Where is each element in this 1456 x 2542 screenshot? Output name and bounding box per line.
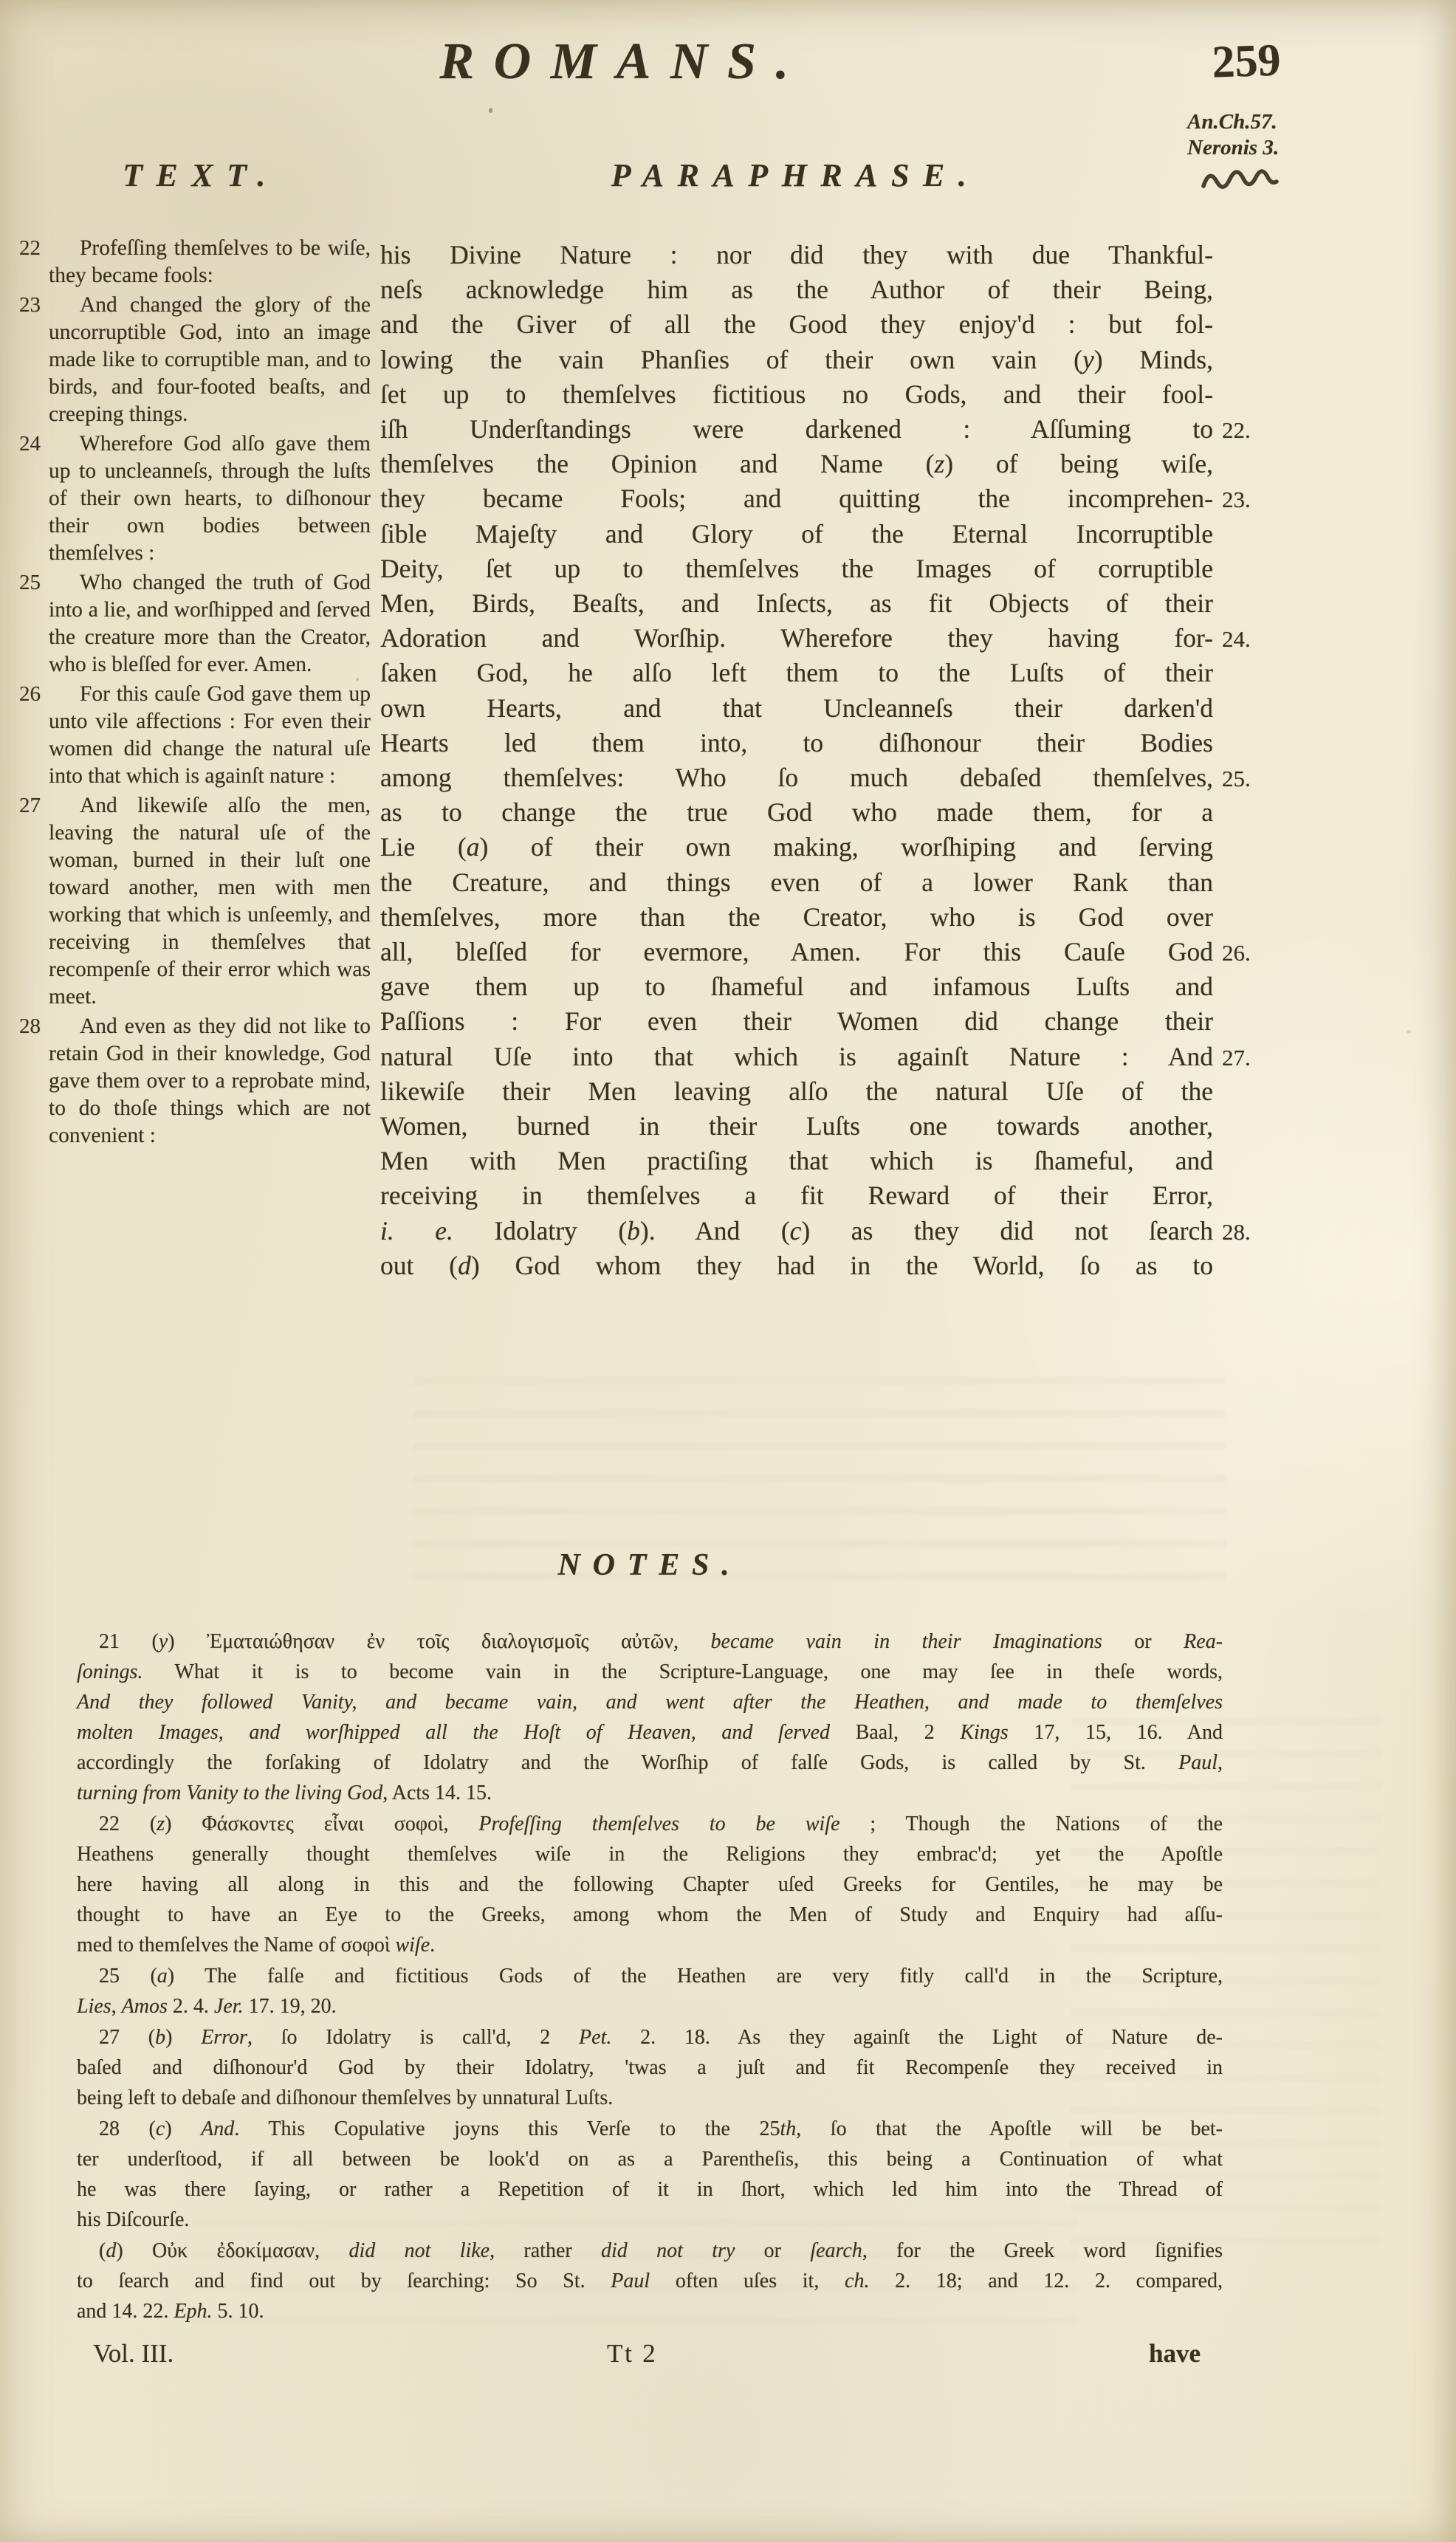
text-column: 22Profeſſing themſelves to be wiſe, they… <box>49 235 371 1152</box>
paraphrase-line: themſelves the Opinion and Name (z) of b… <box>380 447 1213 481</box>
squiggle-ornament-icon <box>1199 164 1288 196</box>
verse-number: 23 <box>19 292 41 319</box>
paraphrase-line: likewiſe their Men leaving alſo the natu… <box>380 1074 1213 1109</box>
verse-paragraph: 28And even as they did not like to retai… <box>49 1013 371 1150</box>
note-line: Heathens generally thought themſelves wi… <box>77 1839 1223 1869</box>
book-page-scan: ROMANS. 259 An.Ch.57. Neronis 3. TEXT. P… <box>0 0 1456 2542</box>
note-line: 28 (c) And. This Copulative joyns this V… <box>77 2114 1223 2144</box>
note-line: baſed and diſhonour'd God by their Idola… <box>77 2053 1223 2083</box>
paraphrase-line: Men with Men practiſing that which is ſh… <box>380 1144 1213 1178</box>
footer-volume: Vol. III. <box>93 2339 174 2368</box>
note-line: molten Images, and worſhipped all the Ho… <box>77 1717 1223 1748</box>
note-line: accordingly the forſaking of Idolatry an… <box>77 1748 1223 1778</box>
paraphrase-line: ſible Majeſty and Glory of the Eternal I… <box>380 517 1213 552</box>
note-line: 25 (a) The falſe and fictitious Gods of … <box>77 1961 1223 1991</box>
margin-verse-number: 22. <box>1222 413 1288 447</box>
note-line: turning from Vanity to the living God, A… <box>77 1778 1223 1808</box>
verse-number: 26 <box>19 681 41 708</box>
footer-catchword: have <box>1149 2339 1201 2368</box>
note-line: his Diſcourſe. <box>77 2205 1223 2235</box>
paraphrase-line: among themſelves: Who ſo much debaſed th… <box>380 760 1213 795</box>
paraphrase-line: Women, burned in their Luſts one towards… <box>380 1109 1213 1144</box>
paraphrase-column-heading: PARAPHRASE. <box>380 157 1211 194</box>
note-line: thought to have an Eye to the Greeks, am… <box>77 1900 1223 1930</box>
paraphrase-line: themſelves, more than the Creator, who i… <box>380 900 1213 935</box>
paraphrase-line: ſaken God, he alſo left them to the Luſt… <box>380 656 1213 690</box>
running-title: ROMANS. <box>310 32 938 92</box>
paraphrase-line: his Divine Nature : nor did they with du… <box>380 238 1213 272</box>
verse-paragraph: 25Who changed the truth of God into a li… <box>49 569 371 679</box>
paraphrase-line: gave them up to ſhameful and infamous Lu… <box>380 969 1213 1004</box>
verse-paragraph: 23And changed the glory of the uncorrupt… <box>49 292 371 428</box>
paraphrase-line: neſs acknowledge him as the Author of th… <box>380 272 1213 307</box>
paraphrase-column: his Divine Nature : nor did they with du… <box>380 238 1213 1283</box>
note-paragraph: 28 (c) And. This Copulative joyns this V… <box>77 2114 1223 2235</box>
verse-paragraph: 22Profeſſing themſelves to be wiſe, they… <box>49 235 371 289</box>
margin-verse-number: 27. <box>1222 1040 1288 1075</box>
verse-number: 25 <box>19 569 41 597</box>
verse-number: 24 <box>19 430 41 458</box>
paraphrase-line: Hearts led them into, to diſhonour their… <box>380 726 1213 760</box>
margin-verse-number: 28. <box>1222 1215 1288 1249</box>
footer-signature-mark: Tt 2 <box>607 2339 658 2368</box>
paraphrase-line: i. e. Idolatry (b). And (c) as they did … <box>380 1214 1213 1248</box>
note-line: (d) Οὐκ ἐδοκίμασαν, did not like, rather… <box>77 2236 1223 2266</box>
note-line: med to themſelves the Name of σοφοὶ wiſe… <box>77 1930 1223 1960</box>
margin-date-line2: Neronis 3. <box>1187 135 1357 161</box>
margin-verse-number: 25. <box>1222 761 1288 796</box>
note-paragraph: 21 (y) Ἐματαιώθησαν ἐν τοῖς διαλογισμοῖς… <box>77 1626 1223 1808</box>
paraphrase-line: own Hearts, and that Uncleanneſs their d… <box>380 691 1213 726</box>
paraphrase-line: lowing the vain Phanſies of their own va… <box>380 343 1213 377</box>
note-line: he was there ſaying, or rather a Repetit… <box>77 2174 1223 2205</box>
page-number: 259 <box>1172 33 1321 91</box>
paraphrase-line: Deity, ſet up to themſelves the Images o… <box>380 552 1213 586</box>
paraphrase-line: out (d) God whom they had in the World, … <box>380 1248 1213 1283</box>
note-line: here having all along in this and the fo… <box>77 1869 1223 1900</box>
margin-date-note: An.Ch.57. Neronis 3. <box>1187 109 1357 161</box>
margin-verse-number: 23. <box>1222 482 1288 517</box>
ink-speck <box>1407 1030 1411 1034</box>
note-paragraph: 27 (b) Error, ſo Idolatry is call'd, 2 P… <box>77 2022 1223 2113</box>
note-line: 22 (z) Φάσκοντες εἶναι σοφοὶ, Profeſſing… <box>77 1809 1223 1839</box>
note-line: being left to debaſe and diſhonour themſ… <box>77 2083 1223 2113</box>
paraphrase-line: the Creature, and things even of a lower… <box>380 865 1213 900</box>
note-paragraph: 25 (a) The falſe and fictitious Gods of … <box>77 1961 1223 2021</box>
paraphrase-line: and the Giver of all the Good they enjoy… <box>380 307 1213 342</box>
paraphrase-line: Lie (a) of their own making, worſhiping … <box>380 830 1213 865</box>
paraphrase-line: all, bleſſed for evermore, Amen. For thi… <box>380 935 1213 969</box>
paraphrase-line: natural Uſe into that which is againſt N… <box>380 1040 1213 1074</box>
notes-heading: NOTES. <box>77 1550 1223 1581</box>
text-column-heading: TEXT. <box>46 157 356 194</box>
note-line: ſonings. What it is to become vain in th… <box>77 1657 1223 1687</box>
note-line: to ſearch and find out by ſearching: So … <box>77 2266 1223 2296</box>
note-paragraph: 22 (z) Φάσκοντες εἶναι σοφοὶ, Profeſſing… <box>77 1809 1223 1960</box>
margin-verse-number: 24. <box>1222 622 1288 656</box>
verse-paragraph: 26For this cauſe God gave them up unto v… <box>49 681 371 790</box>
note-line: and 14. 22. Eph. 5. 10. <box>77 2296 1223 2326</box>
notes-section: NOTES. 21 (y) Ἐματαιώθησαν ἐν τοῖς διαλο… <box>77 1550 1223 2327</box>
paraphrase-line: ſet up to themſelves fictitious no Gods,… <box>380 377 1213 412</box>
ink-speck <box>489 108 492 113</box>
notes-paragraphs: 21 (y) Ἐματαιώθησαν ἐν τοῖς διαλογισμοῖς… <box>77 1626 1223 2326</box>
paraphrase-line: receiving in themſelves a fit Reward of … <box>380 1178 1213 1213</box>
note-line: 21 (y) Ἐματαιώθησαν ἐν τοῖς διαλογισμοῖς… <box>77 1626 1223 1657</box>
paraphrase-line: Paſſions : For even their Women did chan… <box>380 1004 1213 1039</box>
verse-paragraph: 27And likewiſe alſo the men, leaving the… <box>49 792 371 1011</box>
paraphrase-line: Adoration and Worſhip. Wherefore they ha… <box>380 621 1213 656</box>
note-line: 27 (b) Error, ſo Idolatry is call'd, 2 P… <box>77 2022 1223 2053</box>
note-line: Lies, Amos 2. 4. Jer. 17. 19, 20. <box>77 1991 1223 2021</box>
margin-verse-number: 26. <box>1222 935 1288 970</box>
verse-paragraph: 24Wherefore God alſo gave them up to unc… <box>49 430 371 567</box>
paraphrase-line: iſh Underſtandings were darkened : Aſſum… <box>380 412 1213 447</box>
paraphrase-line: Men, Birds, Beaſts, and Inſects, as fit … <box>380 586 1213 621</box>
margin-date-line1: An.Ch.57. <box>1187 109 1357 135</box>
verse-number: 27 <box>19 792 41 820</box>
note-paragraph: (d) Οὐκ ἐδοκίμασαν, did not like, rather… <box>77 2236 1223 2326</box>
verse-number: 22 <box>19 235 41 262</box>
verse-number: 28 <box>19 1013 41 1040</box>
note-line: And they followed Vanity, and became vai… <box>77 1687 1223 1717</box>
note-line: ter underſtood, if all between be look'd… <box>77 2144 1223 2174</box>
bleedthrough-texture <box>413 1358 1226 1580</box>
paraphrase-line: they became Fools; and quitting the inco… <box>380 481 1213 516</box>
paraphrase-line: as to change the true God who made them,… <box>380 795 1213 830</box>
